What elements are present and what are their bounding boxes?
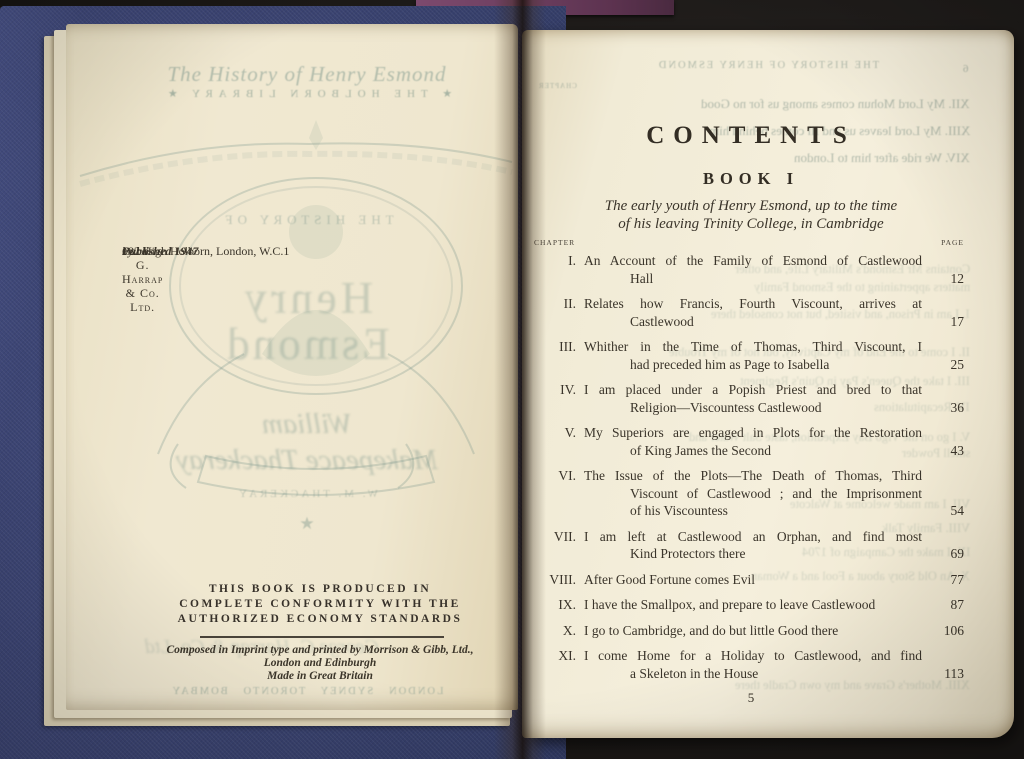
toc-title-line: Whither in the Time of Thomas, Third Vis… (584, 338, 922, 356)
toc-title-line: Relates how Francis, Fourth Viscount, ar… (584, 295, 922, 313)
toc-page-number: 12 (922, 270, 964, 288)
toc-chapter-title: After Good Fortune comes Evil (584, 571, 922, 589)
toc-chapter-numeral: III. (538, 338, 584, 373)
toc-title-line: Viscount of Castlewood ; and the Impriso… (584, 485, 922, 503)
toc-page-number: 106 (922, 622, 964, 640)
ghost-series-script-title: The History of Henry Esmond (96, 62, 518, 87)
toc-title-line: I come Home for a Holiday to Castlewood,… (584, 647, 922, 665)
toc-chapter-numeral: VI. (538, 467, 584, 520)
toc-title-line: I go to Cambridge, and do but little Goo… (584, 622, 922, 640)
toc-title-line: Hall (584, 270, 922, 288)
right-page-contents: THE HISTORY OF HENRY ESMOND 6 CHAPTER XI… (522, 30, 1014, 738)
page-column-label: PAGE (941, 238, 964, 247)
book-i-heading: BOOK I (538, 169, 964, 189)
ghost-author-thackeray: Makepeace Thackeray (96, 444, 518, 477)
toc-page-number: 77 (922, 571, 964, 589)
toc-chapter-title: An Account of the Family of Esmond of Ca… (584, 252, 922, 287)
toc-page-number: 69 (922, 545, 964, 563)
left-page-imprint: The History of Henry Esmond ★ THE HOLBOR… (66, 24, 518, 710)
toc-entry: II.Relates how Francis, Fourth Viscount,… (538, 295, 964, 330)
printer-colophon: Composed in Imprint type and printed by … (122, 644, 518, 683)
toc-title-line: Religion—Viscountess Castlewood (584, 399, 922, 417)
contents-title: CONTENTS (538, 122, 964, 150)
toc-page-number: 36 (922, 399, 964, 417)
toc-chapter-numeral: X. (538, 622, 584, 640)
toc-title-line: a Skeleton in the House (584, 665, 922, 683)
ghost-author-caps: W. M. THACKERAY (96, 488, 518, 500)
toc-chapter-numeral: IX. (538, 596, 584, 614)
toc-chapter-numeral: II. (538, 295, 584, 330)
toc-page-number: 113 (922, 665, 964, 683)
toc-title-line: Castlewood (584, 313, 922, 331)
ghost-series-name: ★ THE HOLBORN LIBRARY ★ (96, 87, 518, 100)
toc-chapter-title: Relates how Francis, Fourth Viscount, ar… (584, 295, 922, 330)
toc-title-line: An Account of the Family of Esmond of Ca… (584, 252, 922, 270)
toc-entry: VI.The Issue of the Plots—The Death of T… (538, 467, 964, 520)
ghost-title-esmond: Esmond (96, 318, 518, 370)
toc-title-line: had preceded him as Page to Isabella (584, 356, 922, 374)
toc-title-line: I am left at Castlewood an Orphan, and f… (584, 528, 922, 546)
ghost-publisher-cities: LONDON SYDNEY TORONTO BOMBAY (96, 686, 518, 697)
toc-title-line: I have the Smallpox, and prepare to leav… (584, 596, 922, 614)
ghost-author-william: William (96, 408, 518, 441)
column-labels: CHAPTER PAGE (538, 238, 964, 249)
publisher-address: 182 High Holborn, London, W.C.1 (122, 244, 289, 258)
toc-chapter-title: I go to Cambridge, and do but little Goo… (584, 622, 922, 640)
toc-entry: I.An Account of the Family of Esmond of … (538, 252, 964, 287)
divider-rule (200, 636, 444, 638)
toc-title-line: My Superiors are engaged in Plots for th… (584, 424, 922, 442)
toc-title-line: of his Viscountess (584, 502, 922, 520)
toc-entry: V.My Superiors are engaged in Plots for … (538, 424, 964, 459)
toc-chapter-title: I am left at Castlewood an Orphan, and f… (584, 528, 922, 563)
toc-chapter-title: Whither in the Time of Thomas, Third Vis… (584, 338, 922, 373)
page-number-folio: 5 (538, 690, 964, 706)
toc-entry: XI.I come Home for a Holiday to Castlewo… (538, 647, 964, 682)
toc-title-line: After Good Fortune comes Evil (584, 571, 922, 589)
toc-chapter-title: I have the Smallpox, and prepare to leav… (584, 596, 922, 614)
economy-standards-notice: THIS BOOK IS PRODUCED IN COMPLETE CONFOR… (122, 582, 518, 627)
toc-chapter-title: My Superiors are engaged in Plots for th… (584, 424, 922, 459)
ghost-star-icon: ★ (96, 514, 518, 534)
toc-page-number: 17 (922, 313, 964, 331)
toc-chapter-numeral: IV. (538, 381, 584, 416)
toc-entry: X.I go to Cambridge, and do but little G… (538, 622, 964, 640)
toc-chapter-numeral: V. (538, 424, 584, 459)
toc-entry: IV.I am placed under a Popish Priest and… (538, 381, 964, 416)
ghost-title-history-of: THE HISTORY OF (96, 212, 518, 228)
toc-chapter-numeral: VII. (538, 528, 584, 563)
toc-chapter-numeral: VIII. (538, 571, 584, 589)
toc-page-number: 54 (922, 502, 964, 520)
toc-entry: III.Whither in the Time of Thomas, Third… (538, 338, 964, 373)
toc-entry: VII.I am left at Castlewood an Orphan, a… (538, 528, 964, 563)
toc-chapter-numeral: I. (538, 252, 584, 287)
toc-chapter-title: I am placed under a Popish Priest and br… (584, 381, 922, 416)
toc-chapter-numeral: XI. (538, 647, 584, 682)
toc-page-number: 43 (922, 442, 964, 460)
toc-page-number: 25 (922, 356, 964, 374)
toc-chapter-title: The Issue of the Plots—The Death of Thom… (584, 467, 922, 520)
chapter-column-label: CHAPTER (534, 238, 575, 247)
toc-title-line: of King James the Second (584, 442, 922, 460)
toc-title-line: I am placed under a Popish Priest and br… (584, 381, 922, 399)
photo-background: The History of Henry Esmond ★ THE HOLBOR… (0, 0, 1024, 759)
toc-title-line: Kind Protectors there (584, 545, 922, 563)
contents-content: CONTENTS BOOK I The early youth of Henry… (522, 30, 1014, 738)
toc-list: I.An Account of the Family of Esmond of … (538, 252, 964, 682)
toc-entry: VIII.After Good Fortune comes Evil77 (538, 571, 964, 589)
toc-entry: IX.I have the Smallpox, and prepare to l… (538, 596, 964, 614)
toc-page-number: 87 (922, 596, 964, 614)
toc-title-line: The Issue of the Plots—The Death of Thom… (584, 467, 922, 485)
toc-chapter-title: I come Home for a Holiday to Castlewood,… (584, 647, 922, 682)
book-i-subtitle: The early youth of Henry Esmond, up to t… (538, 197, 964, 233)
